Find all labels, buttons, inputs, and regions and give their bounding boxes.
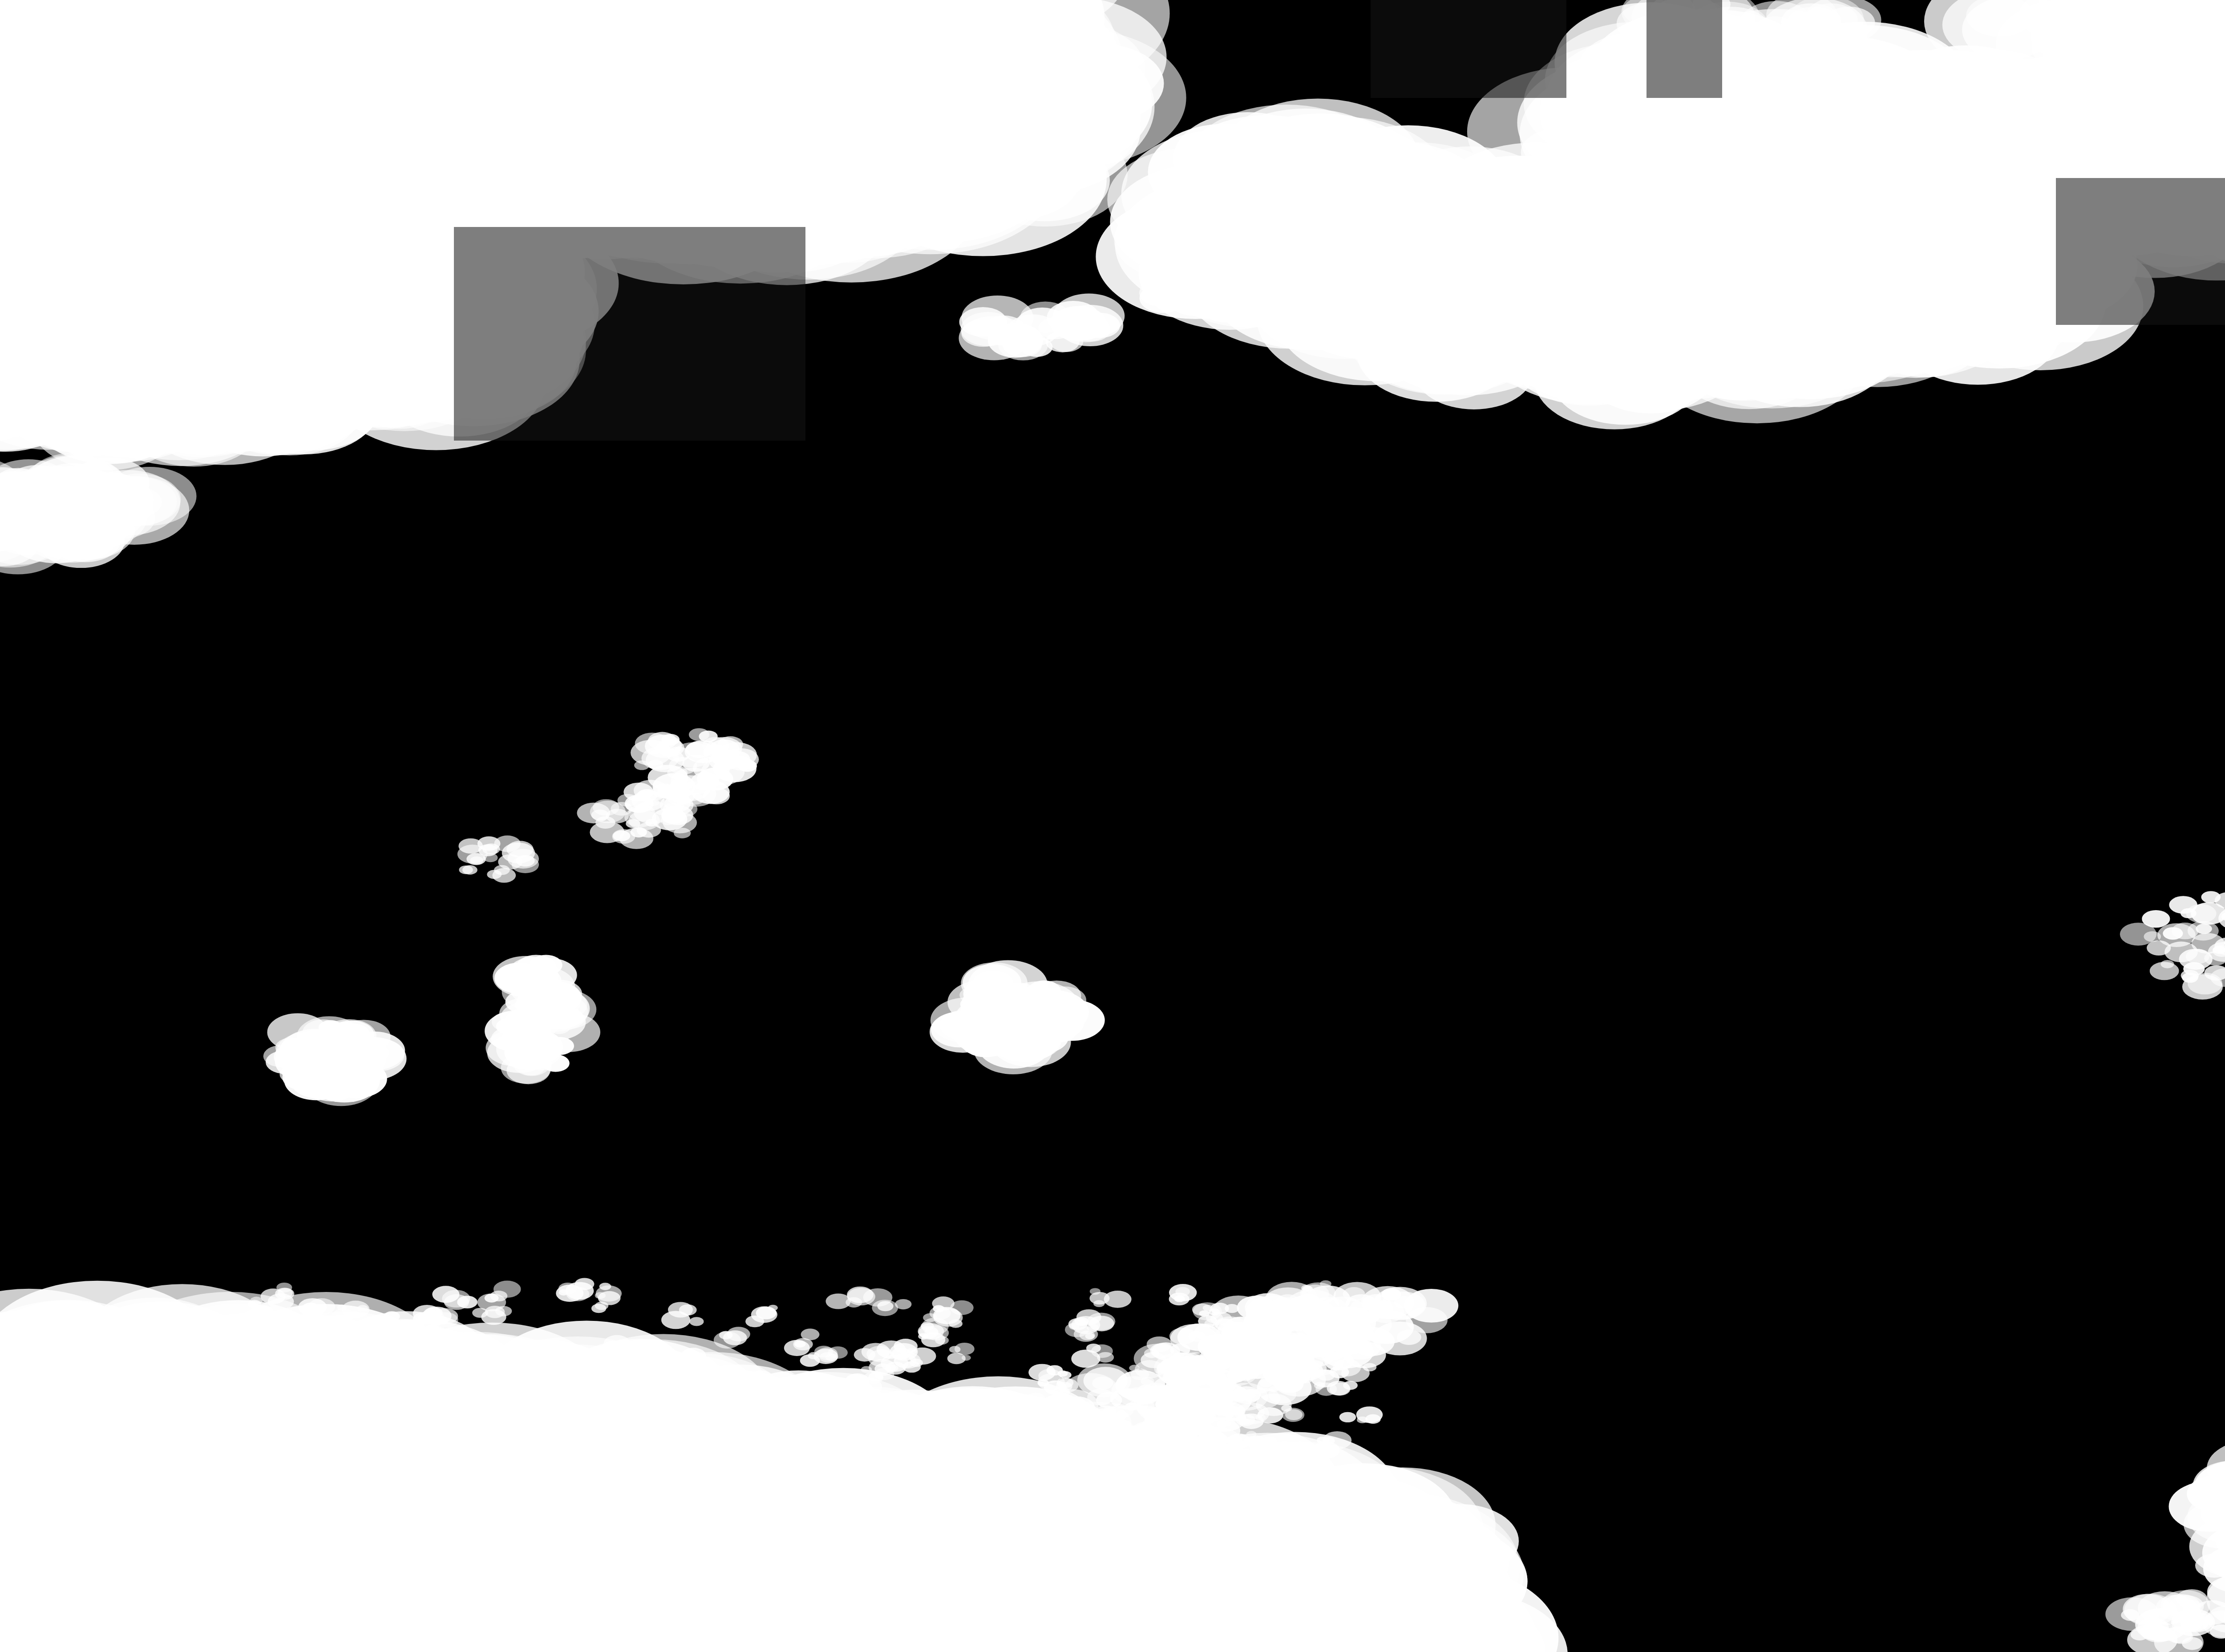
satellite-cloud-image bbox=[0, 0, 2225, 1652]
